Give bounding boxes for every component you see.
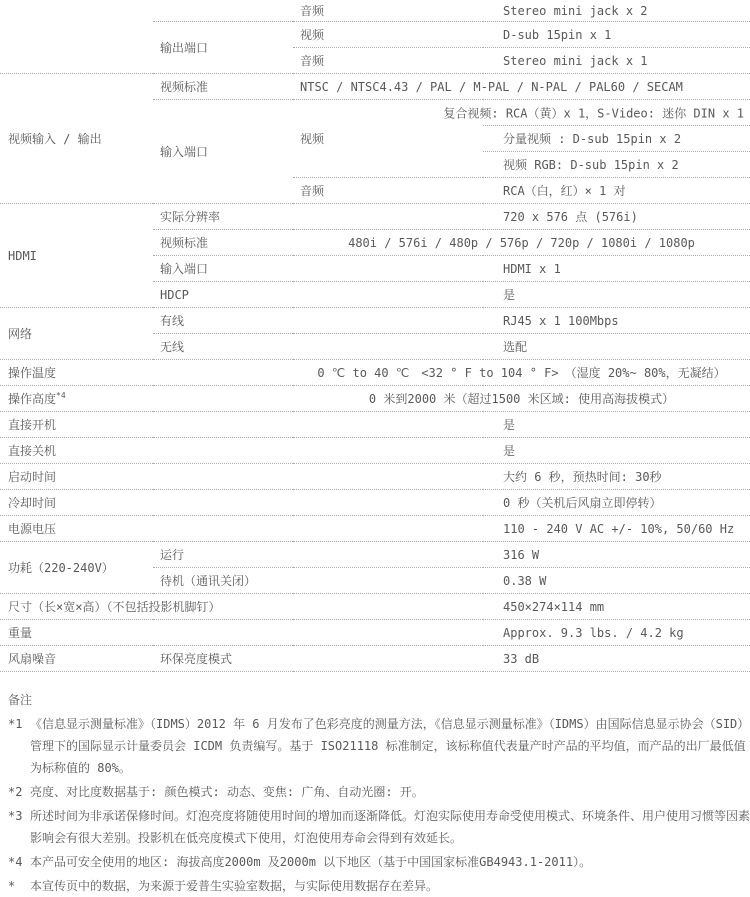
table-row: 操作高度*4 0 米到2000 米（超过1500 米区域: 使用高海拔模式） <box>0 386 750 412</box>
row-spacer <box>153 386 293 412</box>
footnote-marker: *4 <box>56 391 66 400</box>
row-value: 复合视频: RCA（黄）x 1，S-Video: 迷你 DIN x 1 <box>483 100 750 126</box>
table-row: 音频 Stereo mini jack x 2 <box>0 0 750 22</box>
row-label: 输入端口 <box>153 256 293 282</box>
row-value: Approx. 9.3 lbs. / 4.2 kg <box>483 620 750 646</box>
row-sublabel: 视频 <box>293 22 483 48</box>
row-group-label: 启动时间 <box>0 464 483 490</box>
note-marker: *2 <box>8 781 30 803</box>
row-value: 选配 <box>483 334 750 360</box>
note-item: *4 本产品可安全使用的地区: 海拔高度2000m 及2000m 以下地区（基于… <box>8 851 750 873</box>
row-label: 视频标准 <box>153 74 293 100</box>
row-group-label: 视频输入 / 输出 <box>0 74 153 204</box>
note-marker: *3 <box>8 805 30 849</box>
row-value: RJ45 x 1 100Mbps <box>483 308 750 334</box>
row-group-label: HDMI <box>0 204 153 308</box>
row-sublabel: 音频 <box>293 178 483 204</box>
row-label: 无线 <box>153 334 293 360</box>
note-item: * 本宣传页中的数据，为来源于爱普生实验室数据，与实际使用数据存在差异。 <box>8 875 750 897</box>
row-spacer <box>153 360 293 386</box>
note-item: *1 《信息显示测量标准》（IDMS）2012 年 6 月发布了色彩亮度的测量方… <box>8 713 750 779</box>
row-group-label: 尺寸（长×宽×高）（不包括投影机脚钉） <box>0 594 483 620</box>
table-row: 电源电压 110 - 240 V AC +/- 10%, 50/60 Hz <box>0 516 750 542</box>
row-label: 待机（通讯关闭） <box>153 568 293 594</box>
row-value: D-sub 15pin x 1 <box>483 22 750 48</box>
row-spacer <box>293 568 483 594</box>
table-row: 直接开机 是 <box>0 412 750 438</box>
row-group-label: 冷却时间 <box>0 490 483 516</box>
row-sublabel: 音频 <box>293 0 483 22</box>
row-value: 480i / 576i / 480p / 576p / 720p / 1080i… <box>293 230 750 256</box>
row-spacer <box>293 308 483 334</box>
row-value: Stereo mini jack x 2 <box>483 0 750 22</box>
row-group-label: 功耗（220-240V） <box>0 542 153 594</box>
row-label: 运行 <box>153 542 293 568</box>
note-marker: * <box>8 875 30 897</box>
table-row: 功耗（220-240V） 运行 316 W <box>0 542 750 568</box>
table-row: 操作温度 0 ℃ to 40 ℃ <32 ° F to 104 ° F> （湿度… <box>0 360 750 386</box>
row-spacer <box>293 542 483 568</box>
row-value: 720 x 576 点 (576i) <box>483 204 750 230</box>
row-label: 输入端口 <box>153 100 293 204</box>
row-group-label-text: 操作高度 <box>8 392 56 406</box>
row-spacer <box>293 334 483 360</box>
row-value: 是 <box>483 412 750 438</box>
notes-section: 备注 *1 《信息显示测量标准》（IDMS）2012 年 6 月发布了色彩亮度的… <box>0 689 750 897</box>
row-sublabel: 音频 <box>293 48 483 74</box>
row-label <box>153 0 293 22</box>
row-value: RCA（白，红）× 1 对 <box>483 178 750 204</box>
row-label: HDCP <box>153 282 293 308</box>
table-row: 重量 Approx. 9.3 lbs. / 4.2 kg <box>0 620 750 646</box>
row-value: 分量视频 : D-sub 15pin x 2 <box>483 126 750 152</box>
note-text: 亮度、对比度数据基于: 颜色模式: 动态、变焦: 广角、自动光圈: 开。 <box>30 781 750 803</box>
row-value: 0 秒（关机后风扇立即停转） <box>483 490 750 516</box>
row-value-text: 复合视频: RCA（黄）x 1，S-Video: 迷你 DIN x 1 <box>443 104 744 121</box>
row-label: 环保亮度模式 <box>153 646 293 672</box>
row-value: Stereo mini jack x 1 <box>483 48 750 74</box>
row-value: 110 - 240 V AC +/- 10%, 50/60 Hz <box>483 516 750 542</box>
row-spacer <box>293 282 483 308</box>
table-row: HDMI 实际分辨率 720 x 576 点 (576i) <box>0 204 750 230</box>
row-group-label: 重量 <box>0 620 483 646</box>
row-value: 0.38 W <box>483 568 750 594</box>
row-value: 视频 RGB: D-sub 15pin x 2 <box>483 152 750 178</box>
note-text: 本宣传页中的数据，为来源于爱普生实验室数据，与实际使用数据存在差异。 <box>30 875 750 897</box>
row-value: NTSC / NTSC4.43 / PAL / M-PAL / N-PAL / … <box>293 74 750 100</box>
row-group-label: 直接开机 <box>0 412 483 438</box>
table-row: 启动时间 大约 6 秒，预热时间: 30秒 <box>0 464 750 490</box>
row-group-label: 操作温度 <box>0 360 153 386</box>
row-group-label: 风扇噪音 <box>0 646 153 672</box>
row-value: 33 dB <box>483 646 750 672</box>
note-marker: *1 <box>8 713 30 779</box>
table-row: 网络 有线 RJ45 x 1 100Mbps <box>0 308 750 334</box>
row-label: 视频标准 <box>153 230 293 256</box>
note-marker: *4 <box>8 851 30 873</box>
table-row: 尺寸（长×宽×高）（不包括投影机脚钉） 450×274×114 mm <box>0 594 750 620</box>
row-value: 450×274×114 mm <box>483 594 750 620</box>
table-row: 风扇噪音 环保亮度模式 33 dB <box>0 646 750 672</box>
row-label: 实际分辨率 <box>153 204 293 230</box>
row-group-label: 操作高度*4 <box>0 386 153 412</box>
row-group-label: 电源电压 <box>0 516 483 542</box>
row-group-label: 直接关机 <box>0 438 483 464</box>
row-value: 大约 6 秒，预热时间: 30秒 <box>483 464 750 490</box>
row-value: 是 <box>483 438 750 464</box>
note-text: 本产品可安全使用的地区: 海拔高度2000m 及2000m 以下地区（基于中国国… <box>30 851 750 873</box>
spec-table: 音频 Stereo mini jack x 2 输出端口 视频 D-sub 15… <box>0 0 750 672</box>
note-text: 《信息显示测量标准》（IDMS）2012 年 6 月发布了色彩亮度的测量方法，《… <box>30 713 750 779</box>
row-label: 有线 <box>153 308 293 334</box>
row-value: 0 米到2000 米（超过1500 米区域: 使用高海拔模式） <box>293 386 750 412</box>
row-spacer <box>293 204 483 230</box>
table-row: 视频输入 / 输出 视频标准 NTSC / NTSC4.43 / PAL / M… <box>0 74 750 100</box>
table-row: 直接关机 是 <box>0 438 750 464</box>
row-value: 是 <box>483 282 750 308</box>
note-item: *3 所述时间为非承诺保修时间。灯泡亮度将随使用时间的增加而逐渐降低。灯泡实际使… <box>8 805 750 849</box>
row-value: 0 ℃ to 40 ℃ <32 ° F to 104 ° F> （湿度 20%~… <box>293 360 750 386</box>
row-group-label: 网络 <box>0 308 153 360</box>
row-value: 316 W <box>483 542 750 568</box>
row-label: 输出端口 <box>153 22 293 74</box>
notes-title: 备注 <box>8 689 750 711</box>
note-item: *2 亮度、对比度数据基于: 颜色模式: 动态、变焦: 广角、自动光圈: 开。 <box>8 781 750 803</box>
row-group-label <box>0 0 153 74</box>
row-spacer <box>293 256 483 282</box>
row-spacer <box>293 646 483 672</box>
note-text: 所述时间为非承诺保修时间。灯泡亮度将随使用时间的增加而逐渐降低。灯泡实际使用寿命… <box>30 805 750 849</box>
row-value: HDMI x 1 <box>483 256 750 282</box>
table-row: 冷却时间 0 秒（关机后风扇立即停转） <box>0 490 750 516</box>
